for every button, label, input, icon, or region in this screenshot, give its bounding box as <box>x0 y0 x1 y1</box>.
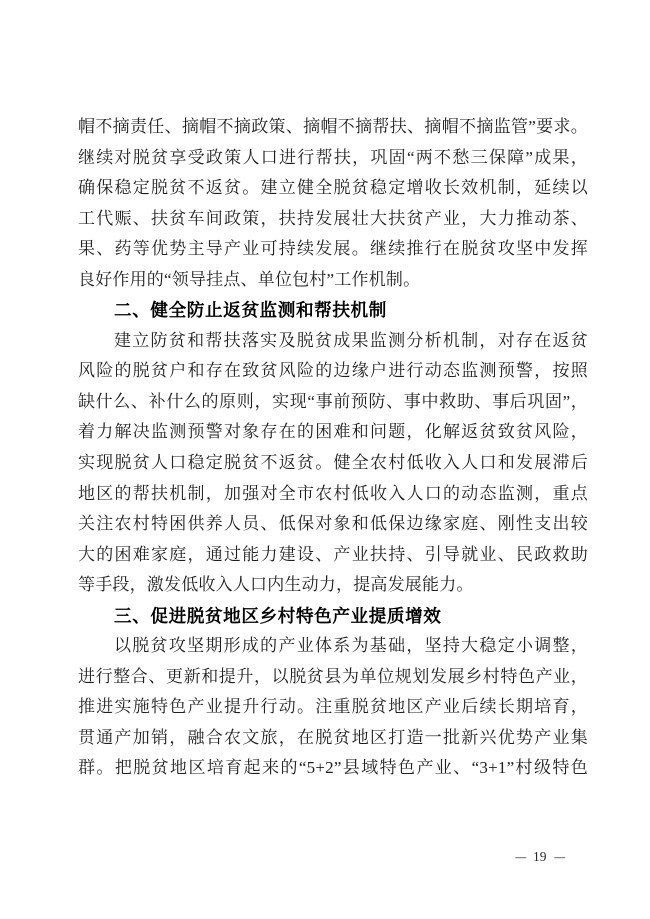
page-footer: —19— <box>78 849 572 865</box>
body-line: 群。把脱贫地区培育起来的“5+2”县域特色产业、“3+1”村级特色 <box>78 753 588 784</box>
footer-dash-left: — <box>515 849 526 865</box>
body-line: 建立防贫和帮扶落实及脱贫成果监测分析机制，对存在返贫 <box>78 326 588 357</box>
body-line: 工代赈、扶贫车间政策，扶持发展壮大扶贫产业，大力推动茶、 <box>78 204 588 235</box>
body-line: 推进实施特色产业提升行动。注重脱贫地区产业后续长期培育， <box>78 692 588 723</box>
body-line: 着力解决监测预警对象存在的困难和问题，化解返贫致贫风险， <box>78 417 588 448</box>
page-number: 19 <box>533 849 547 865</box>
body-line: 良好作用的“领导挂点、单位包村”工作机制。 <box>78 265 588 296</box>
body-line: 继续对脱贫享受政策人口进行帮扶，巩固“两不愁三保障”成果， <box>78 143 588 174</box>
body-line: 缺什么、补什么的原则，实现“事前预防、事中救助、事后巩固”， <box>78 387 588 418</box>
text-block: 帽不摘责任、摘帽不摘政策、摘帽不摘帮扶、摘帽不摘监管”要求。继续对脱贫享受政策人… <box>78 112 588 784</box>
body-line: 等手段，激发低收入人口内生动力，提高发展能力。 <box>78 570 588 601</box>
body-line: 帽不摘责任、摘帽不摘政策、摘帽不摘帮扶、摘帽不摘监管”要求。 <box>78 112 588 143</box>
body-line: 实现脱贫人口稳定脱贫不返贫。健全农村低收入人口和发展滞后 <box>78 448 588 479</box>
body-line: 大的困难家庭，通过能力建设、产业扶持、引导就业、民政救助 <box>78 540 588 571</box>
section-heading: 二、健全防止返贫监测和帮扶机制 <box>78 295 588 326</box>
body-line: 以脱贫攻坚期形成的产业体系为基础，坚持大稳定小调整， <box>78 631 588 662</box>
footer-dash-right: — <box>554 849 565 865</box>
body-line: 确保稳定脱贫不返贫。建立健全脱贫稳定增收长效机制，延续以 <box>78 173 588 204</box>
body-line: 关注农村特困供养人员、低保对象和低保边缘家庭、刚性支出较 <box>78 509 588 540</box>
body-line: 地区的帮扶机制，加强对全市农村低收入人口的动态监测，重点 <box>78 479 588 510</box>
body-line: 果、药等优势主导产业可持续发展。继续推行在脱贫攻坚中发挥 <box>78 234 588 265</box>
body-line: 贯通产加销，融合农文旅，在脱贫地区打造一批新兴优势产业集 <box>78 723 588 754</box>
document-page: 帽不摘责任、摘帽不摘政策、摘帽不摘帮扶、摘帽不摘监管”要求。继续对脱贫享受政策人… <box>0 0 650 919</box>
section-heading: 三、促进脱贫地区乡村特色产业提质增效 <box>78 601 588 632</box>
body-line: 进行整合、更新和提升，以脱贫县为单位规划发展乡村特色产业， <box>78 662 588 693</box>
body-line: 风险的脱贫户和存在致贫风险的边缘户进行动态监测预警，按照 <box>78 356 588 387</box>
